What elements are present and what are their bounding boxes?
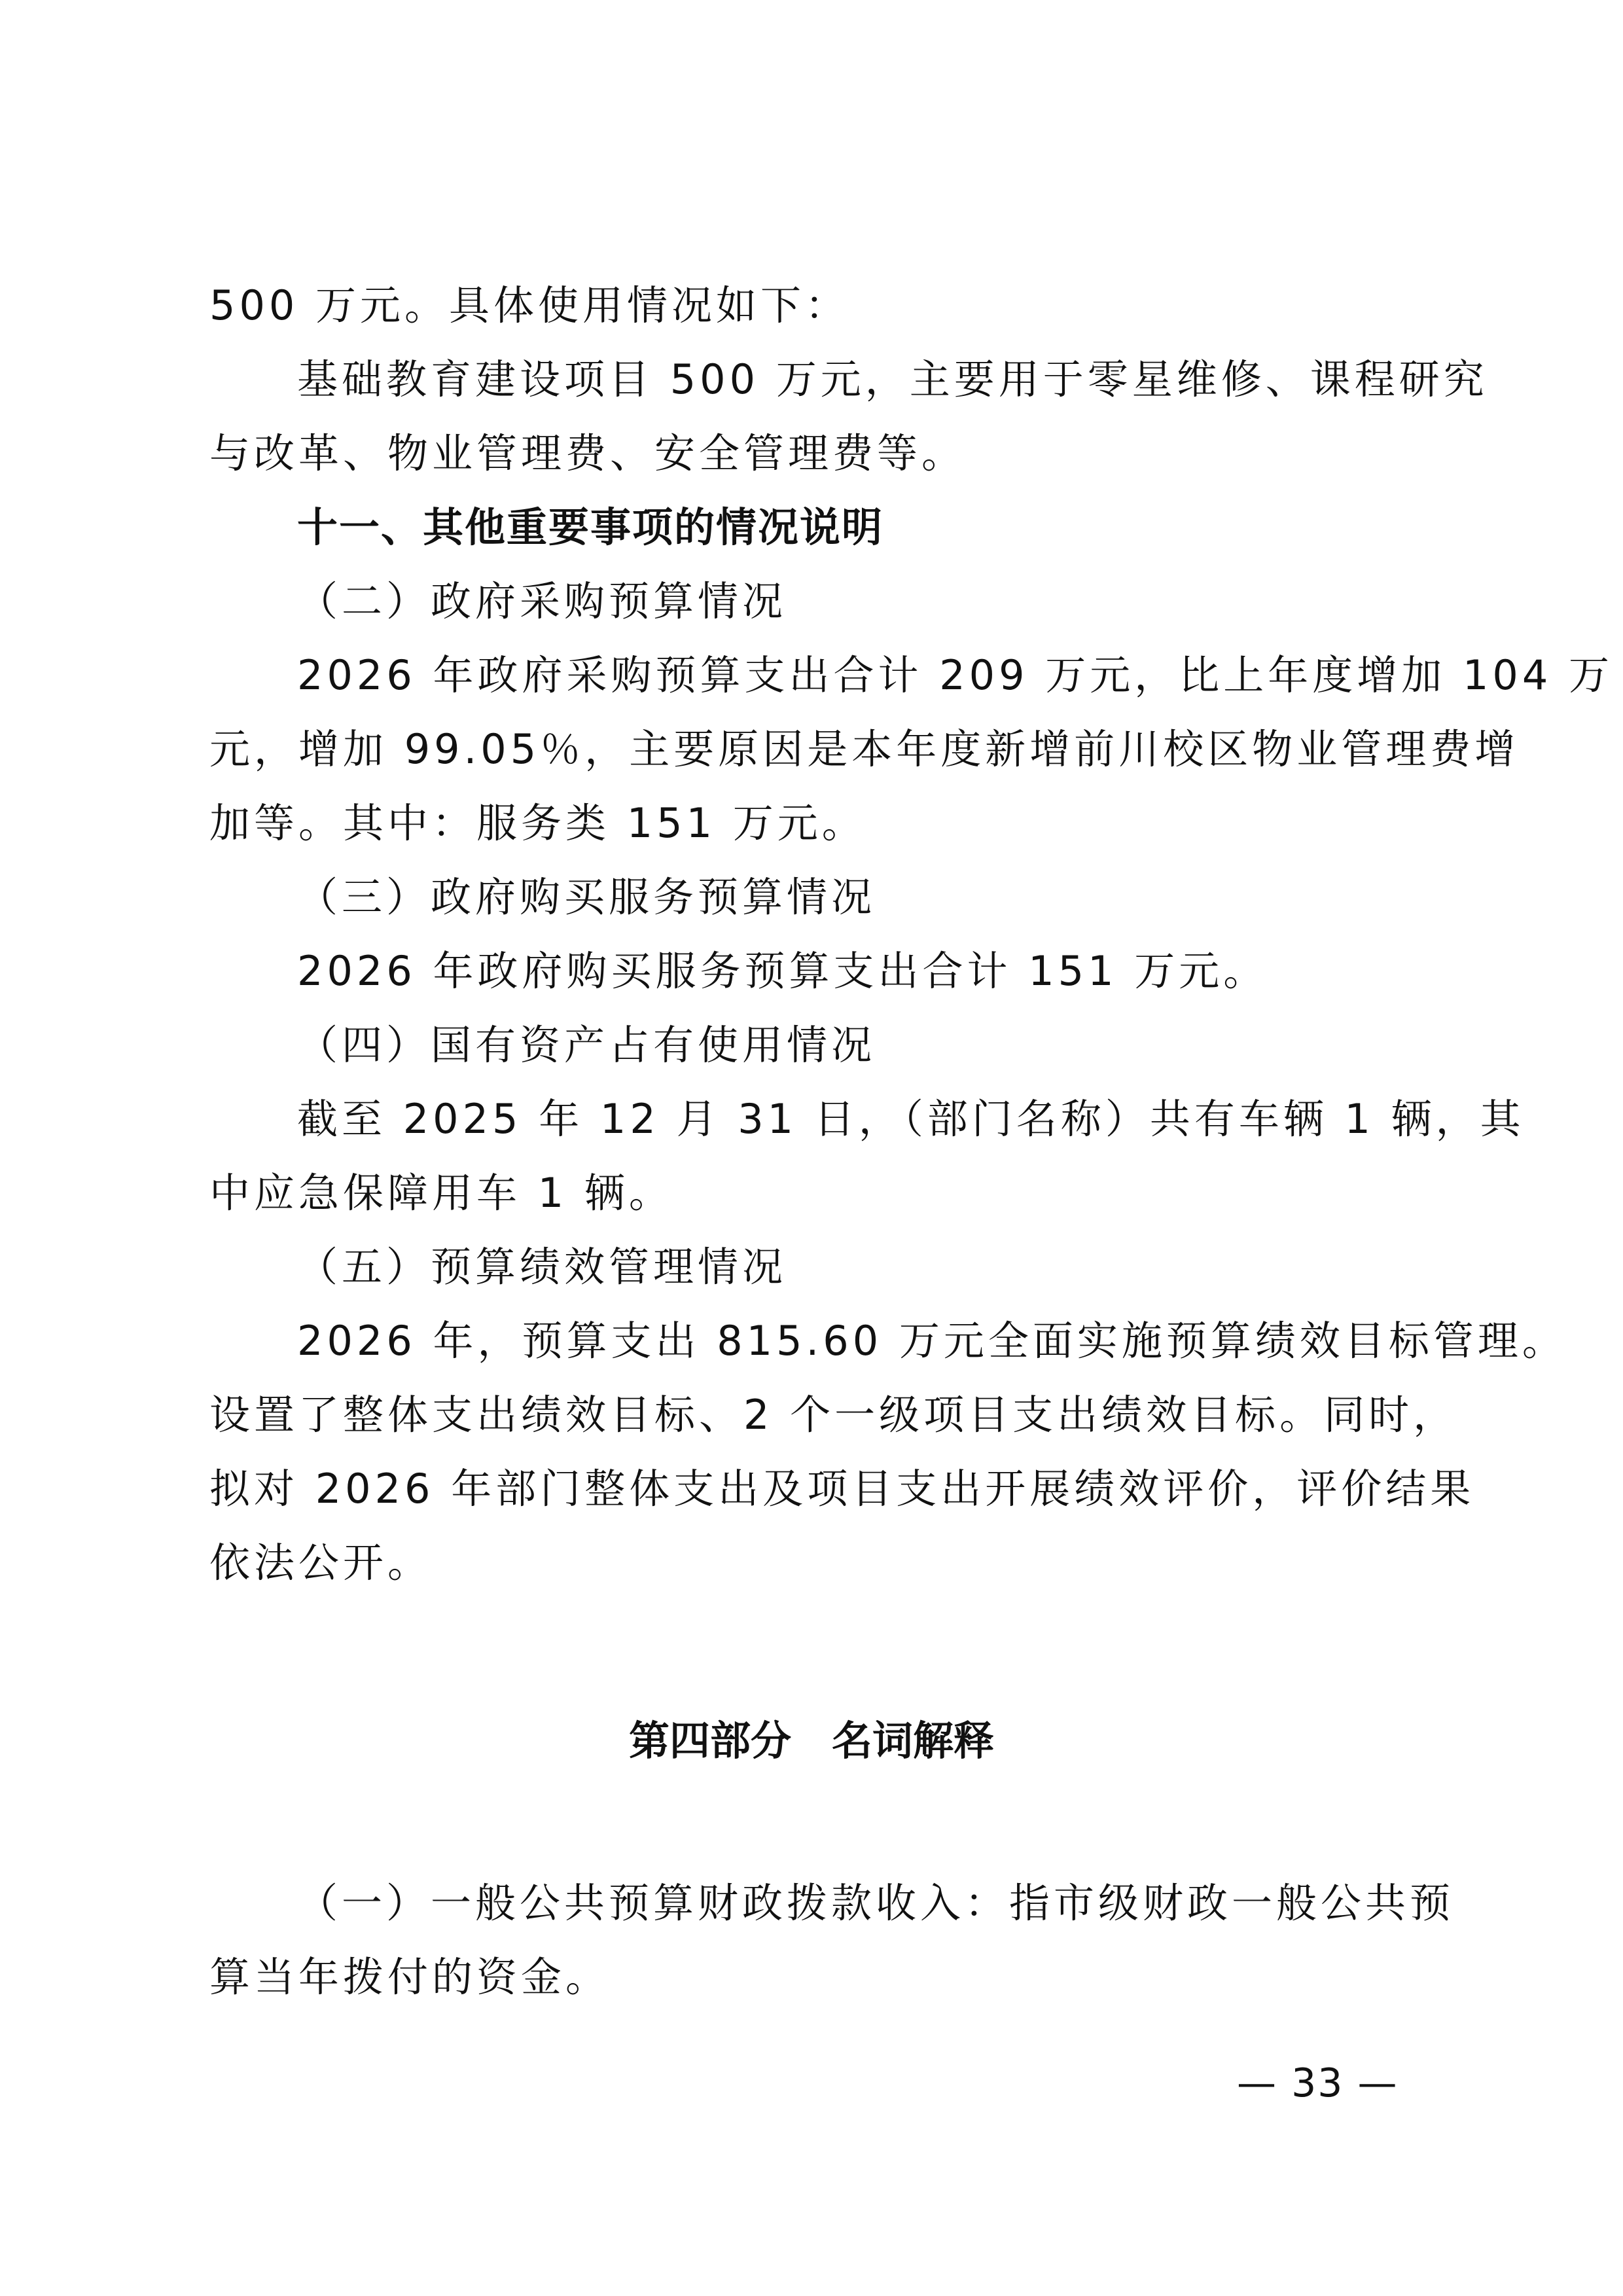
paragraph-line: 基础教育建设项目 500 万元，主要用于零星维修、课程研究 xyxy=(297,353,1414,406)
paragraph-line: 拟对 2026 年部门整体支出及项目支出开展绩效评价，评价结果 xyxy=(209,1463,1414,1515)
paragraph-line: 2026 年政府购买服务预算支出合计 151 万元。 xyxy=(297,945,1268,997)
subheading-performance-management: （五）预算绩效管理情况 xyxy=(297,1241,787,1293)
page-number: — 33 — xyxy=(1237,2060,1399,2106)
subheading-government-purchased-services: （三）政府购买服务预算情况 xyxy=(297,871,876,924)
paragraph-line: 加等。其中：服务类 151 万元。 xyxy=(209,797,866,850)
paragraph-line: 2026 年政府采购预算支出合计 209 万元，比上年度增加 104 万 xyxy=(297,649,1414,702)
definition-line: 算当年拨付的资金。 xyxy=(209,1951,610,2003)
paragraph-line: 中应急保障用车 1 辆。 xyxy=(209,1167,673,1219)
paragraph-line: 2026 年，预算支出 815.60 万元全面实施预算绩效目标管理。 xyxy=(297,1315,1414,1367)
paragraph-line: 元，增加 99.05％，主要原因是本年度新增前川校区物业管理费增 xyxy=(209,723,1414,776)
paragraph-line: 设置了整体支出绩效目标、2 个一级项目支出绩效目标。同时， xyxy=(209,1389,1414,1441)
subheading-government-procurement: （二）政府采购预算情况 xyxy=(297,575,787,628)
section-heading-other-matters: 十一、其他重要事项的情况说明 xyxy=(297,501,883,554)
paragraph-line: 截至 2025 年 12 月 31 日，（部门名称）共有车辆 1 辆，其 xyxy=(297,1093,1414,1145)
paragraph-line: 500 万元。具体使用情况如下： xyxy=(209,279,849,332)
definition-line: （一）一般公共预算财政拨款收入：指市级财政一般公共预 xyxy=(297,1877,1414,1929)
paragraph-line: 依法公开。 xyxy=(209,1537,432,1589)
subheading-state-assets: （四）国有资产占有使用情况 xyxy=(297,1019,876,1071)
part-four-title: 第四部分 名词解释 xyxy=(209,1715,1414,1767)
paragraph-line: 与改革、物业管理费、安全管理费等。 xyxy=(209,427,966,480)
